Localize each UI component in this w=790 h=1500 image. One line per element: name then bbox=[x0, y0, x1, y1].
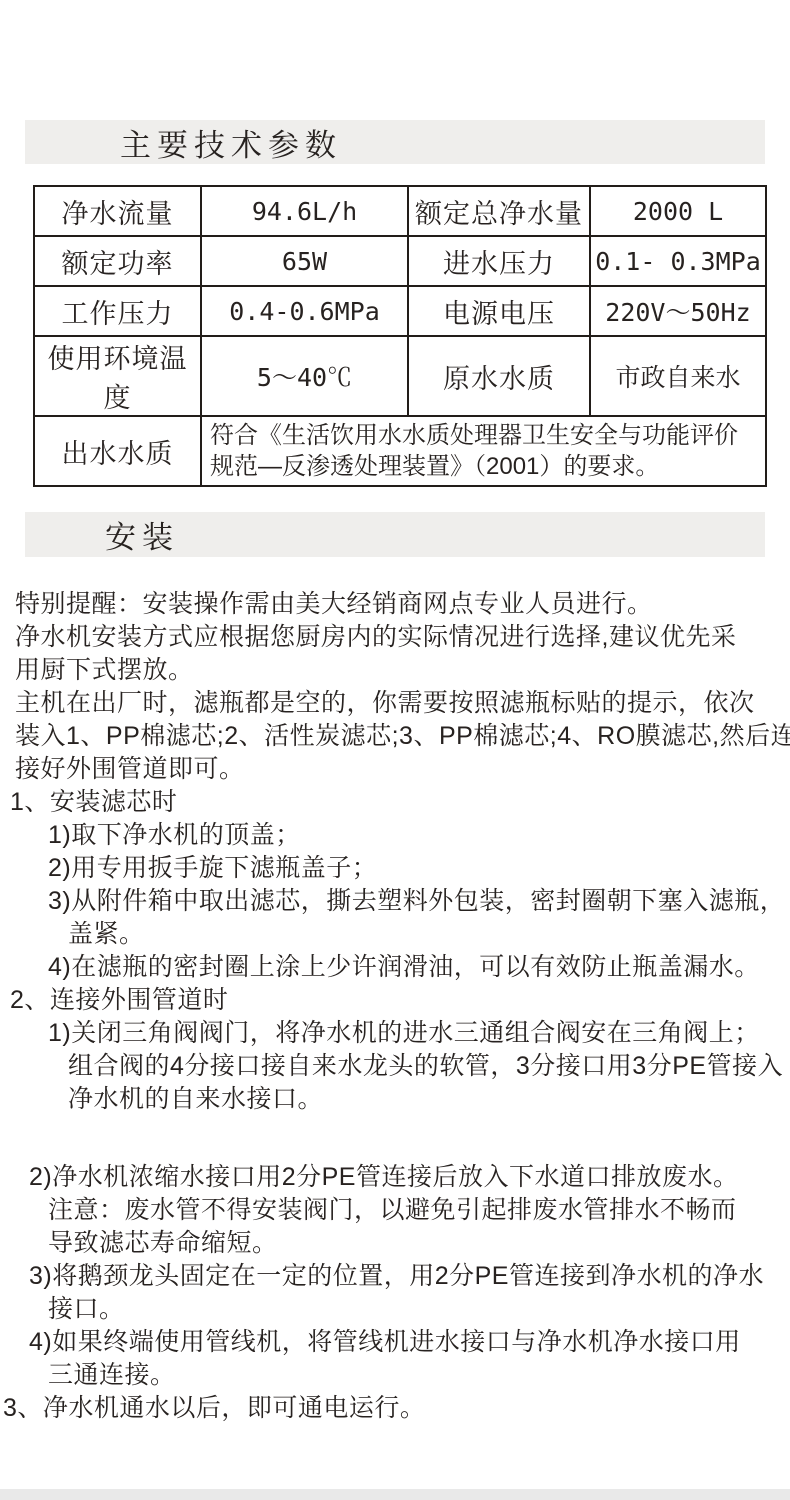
install-line: 3)将鹅颈龙头固定在一定的位置，用2分PE管连接到净水机的净水 bbox=[0, 1260, 790, 1293]
spec-value: 94.6L/h bbox=[201, 186, 408, 236]
spec-label: 使用环境温度 bbox=[34, 336, 201, 416]
install-step-1-heading: 1、安装滤芯时 bbox=[0, 786, 790, 819]
spec-row: 使用环境温度 5～40℃ 原水水质 市政自来水 bbox=[34, 336, 766, 416]
section-title-install: 安装 bbox=[25, 512, 765, 557]
spec-value: 0.4-0.6MPa bbox=[201, 286, 408, 336]
install-line: 3)从附件箱中取出滤芯，撕去塑料外包装，密封圈朝下塞入滤瓶， bbox=[0, 885, 790, 918]
install-line: 装入1、PP棉滤芯;2、活性炭滤芯;3、PP棉滤芯;4、RO膜滤芯,然后连 bbox=[0, 720, 790, 753]
spec-label: 电源电压 bbox=[408, 286, 590, 336]
install-line: 2)用专用扳手旋下滤瓶盖子； bbox=[0, 852, 790, 885]
spec-value: 市政自来水 bbox=[590, 336, 766, 416]
install-step-3-heading: 3、净水机通水以后，即可通电运行。 bbox=[0, 1392, 790, 1425]
install-title-text: 安装 bbox=[105, 512, 179, 557]
spec-table: 净水流量 94.6L/h 额定总净水量 2000 L 额定功率 65W 进水压力… bbox=[33, 185, 767, 487]
install-line-special-note: 特别提醒：安装操作需由美大经销商网点专业人员进行。 bbox=[0, 588, 790, 621]
spec-label: 额定总净水量 bbox=[408, 186, 590, 236]
spec-label: 原水水质 bbox=[408, 336, 590, 416]
install-line: 净水机的自来水接口。 bbox=[0, 1083, 790, 1116]
install-instructions: 特别提醒：安装操作需由美大经销商网点专业人员进行。 净水机安装方式应根据您厨房内… bbox=[0, 588, 790, 1425]
spec-label: 工作压力 bbox=[34, 286, 201, 336]
spec-label: 出水水质 bbox=[34, 416, 201, 486]
install-line: 三通连接。 bbox=[0, 1359, 790, 1392]
install-line: 1)取下净水机的顶盖； bbox=[0, 819, 790, 852]
install-line: 净水机安装方式应根据您厨房内的实际情况进行选择,建议优先采 bbox=[0, 621, 790, 654]
install-line: 1)关闭三角阀阀门，将净水机的进水三通组合阀安在三角阀上； bbox=[0, 1017, 790, 1050]
install-line: 接好外围管道即可。 bbox=[0, 753, 790, 786]
spec-row: 额定功率 65W 进水压力 0.1- 0.3MPa bbox=[34, 236, 766, 286]
spec-value: 5～40℃ bbox=[201, 336, 408, 416]
install-line: 用厨下式摆放。 bbox=[0, 654, 790, 687]
tech-params-title-text: 主要技术参数 bbox=[120, 120, 342, 165]
page-bottom-strip bbox=[0, 1489, 790, 1500]
install-step-2-heading: 2、连接外围管道时 bbox=[0, 984, 790, 1017]
spec-row: 工作压力 0.4-0.6MPa 电源电压 220V～50Hz bbox=[34, 286, 766, 336]
install-line-warning: 注意：废水管不得安装阀门，以避免引起排废水管排水不畅而 bbox=[0, 1194, 790, 1227]
install-line: 4)在滤瓶的密封圈上涂上少许润滑油，可以有效防止瓶盖漏水。 bbox=[0, 951, 790, 984]
spec-label: 进水压力 bbox=[408, 236, 590, 286]
install-line: 接口。 bbox=[0, 1293, 790, 1326]
spec-label: 额定功率 bbox=[34, 236, 201, 286]
section-title-tech-params: 主要技术参数 bbox=[25, 120, 765, 164]
install-line: 盖紧。 bbox=[0, 918, 790, 951]
install-line: 4)如果终端使用管线机，将管线机进水接口与净水机净水接口用 bbox=[0, 1326, 790, 1359]
install-line: 组合阀的4分接口接自来水龙头的软管，3分接口用3分PE管接入 bbox=[0, 1050, 790, 1083]
install-line: 主机在出厂时，滤瓶都是空的，你需要按照滤瓶标贴的提示，依次 bbox=[0, 687, 790, 720]
spec-row-output-quality: 出水水质 符合《生活饮用水水质处理器卫生安全与功能评价规范—反渗透处理装置》（2… bbox=[34, 416, 766, 486]
spec-value: 0.1- 0.3MPa bbox=[590, 236, 766, 286]
spec-label: 净水流量 bbox=[34, 186, 201, 236]
spec-value: 220V～50Hz bbox=[590, 286, 766, 336]
spec-value: 2000 L bbox=[590, 186, 766, 236]
spec-row: 净水流量 94.6L/h 额定总净水量 2000 L bbox=[34, 186, 766, 236]
manual-page: 主要技术参数 净水流量 94.6L/h 额定总净水量 2000 L 额定功率 6… bbox=[0, 0, 790, 1500]
install-line: 2)净水机浓缩水接口用2分PE管连接后放入下水道口排放废水。 bbox=[0, 1161, 790, 1194]
spec-value: 65W bbox=[201, 236, 408, 286]
spec-value-output-quality: 符合《生活饮用水水质处理器卫生安全与功能评价规范—反渗透处理装置》（2001）的… bbox=[201, 416, 766, 486]
install-line-warning: 导致滤芯寿命缩短。 bbox=[0, 1227, 790, 1260]
